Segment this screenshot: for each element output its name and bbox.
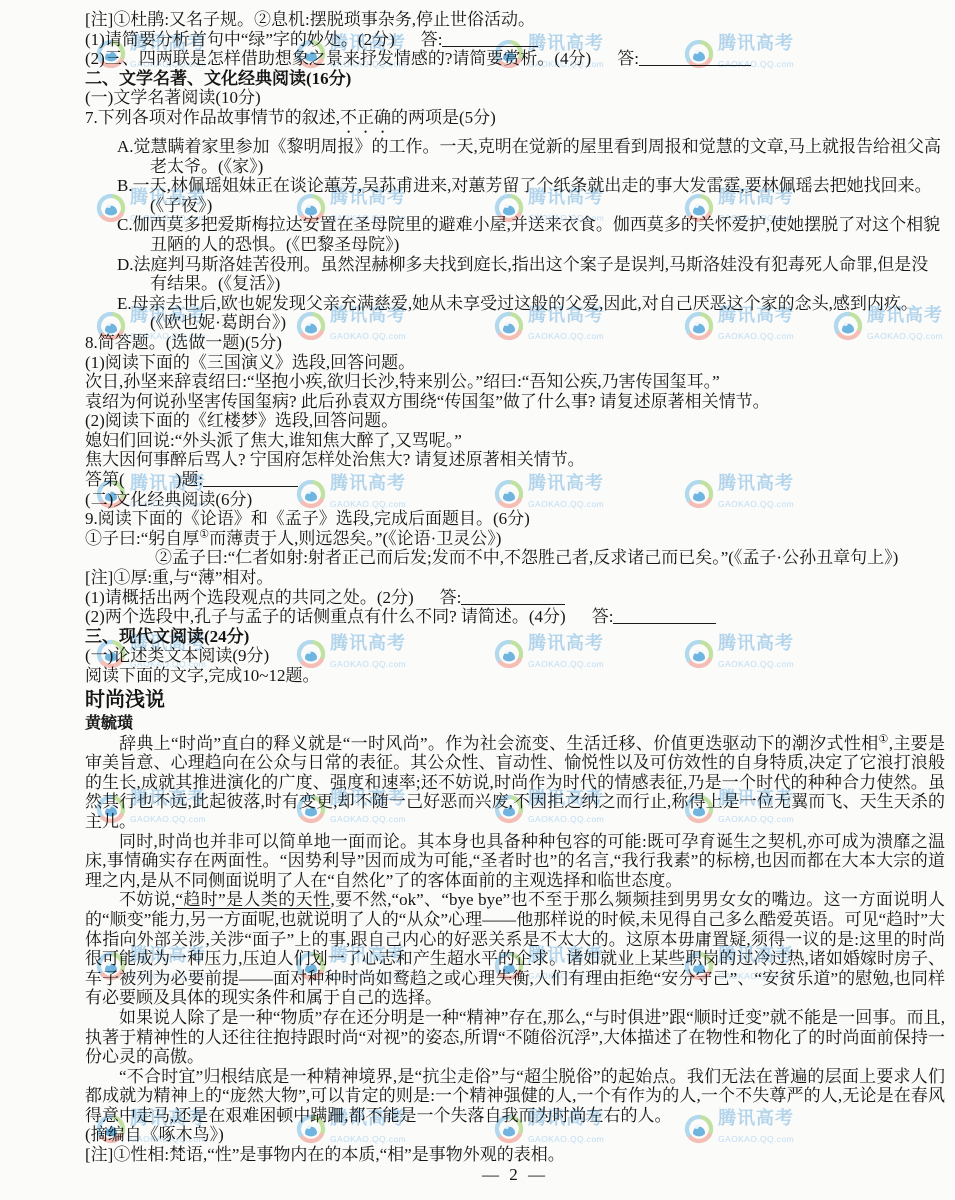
question-9-note: [注]①厚:重,与“薄”相对。 [85,568,945,588]
option-label: B. [117,176,133,195]
part-1-heading: (一)文学名著阅读(10分) [85,88,945,108]
option-text: 法庭判马斯洛娃苦役刑。虽然涅赫柳多夫找到庭长,指出这个案子是误判,马斯洛娃没有犯… [134,255,929,294]
question-8-quote-2: 媳妇们回说:“外头派了焦大,谁知焦大醉了,又骂呢。” [85,431,945,451]
question-8-quote-1-question: 袁绍为何说孙坚害传国玺病? 此后孙袁双方围绕“传国玺”做了什么事? 请复述原著相… [85,392,945,412]
answer-label: 答: [421,30,443,49]
section-3-heading: 三、现代文阅读(24分) [85,627,945,647]
option-text: 母亲去世后,欧也妮发现父亲充满慈爱,她从未享受过这般的父爱,因此,对自己厌恶这个… [132,294,918,333]
option-label: C. [117,215,133,234]
answer-label: 答: [617,49,639,68]
essay-paragraph-4: 如果说人除了是一种“物质”存在还分明是一种“精神”存在,那么,“与时俱进”跟“顺… [85,1008,945,1067]
essay-note: [注]①性相:梵语,“性”是事物内在的本质,“相”是事物外观的表相。 [85,1145,945,1165]
reading-intro: 阅读下面的文字,完成10~12题。 [85,666,945,686]
essay: 时尚浅说 黄毓璜 辞典上“时尚”直白的释义就是“一时风尚”。作为社会流变、生活迁… [85,686,945,1145]
poetry-q2-text: (2)三、四两联是怎样借助想象之景来抒发情感的?请简要赏析。(4分) [85,49,591,68]
footnote-marker: ① [879,733,889,745]
question-9-item-1: ①子曰:“躬自厚①而薄责于人,则远怨矣。”(《论语·卫灵公》) [85,529,945,549]
answer-blank [613,610,716,624]
part-2-heading: (二)文化经典阅读(6分) [85,490,945,510]
question-7-option-e: E.母亲去世后,欧也妮发现父亲充满慈爱,她从未享受过这般的父爱,因此,对自己厌恶… [85,294,945,333]
question-7-stem: 7.下列各项对作品故事情节的叙述,不正确的两项是(5分) [85,108,945,137]
answer-blank [203,473,298,487]
option-label: E. [117,294,132,313]
section-2-heading: 二、文学名著、文化经典阅读(16分) [85,69,945,89]
essay-title: 时尚浅说 [85,686,945,713]
question-8-sub-2: (2)阅读下面的《红楼梦》选段,回答问题。 [85,411,945,431]
emphasized-text: 不正确 [340,108,391,127]
page-number: — 2 — [85,1165,945,1185]
poetry-note: [注]①杜鹃:又名子规。②息机:摆脱琐事杂务,停止世俗活动。 [85,10,945,30]
part-3-heading: (一)论述类文本阅读(9分) [85,646,945,666]
question-9-sub-2: (2)两个选段中,孔子与孟子的话侧重点有什么不同? 请简述。(4分)答: [85,607,945,627]
answer-blank [639,52,751,66]
question-7-option-d: D.法庭判马斯洛娃苦役刑。虽然涅赫柳多夫找到庭长,指出这个案子是误判,马斯洛娃没… [85,255,945,294]
scanned-exam-page: 腾讯高考 GAOKAO.QQ.com 腾讯高考 GAOKAO.QQ.com [0,0,955,1200]
question-8-quote-1: 次日,孙坚来辞袁绍曰:“坚抱小疾,欲归长沙,特来别公。”绍曰:“吾知公疾,乃害传… [85,372,945,392]
essay-paragraph-5: “不合时宜”归根结底是一种精神境界,是“抗尘走俗”与“超尘脱俗”的起始点。我们无… [85,1067,945,1126]
option-text: 伽西莫多把爱斯梅拉达安置在圣母院里的避难小屋,并送来衣食。伽西莫多的关怀爱护,使… [133,215,941,254]
option-text: 觉慧瞒着家里参加《黎明周报》的工作。一天,克明在觉新的屋里看到周报和觉慧的文章,… [134,137,942,176]
poetry-question-1: (1)请简要分析首句中“绿”字的妙处。(2分)答: [85,30,945,50]
essay-author: 黄毓璜 [85,713,945,734]
question-9-item-2: ②孟子曰:“仁者如射:射者正己而后发;发而不中,不怨胜己者,反求诸己而已矣。”(… [85,548,945,568]
answer-blank [442,33,538,47]
question-7-option-a: A.觉慧瞒着家里参加《黎明周报》的工作。一天,克明在觉新的屋里看到周报和觉慧的文… [85,137,945,176]
question-9-stem: 9.阅读下面的《论语》和《孟子》选段,完成后面题目。(6分) [85,509,945,529]
answer-blank [461,591,565,605]
poetry-question-2: (2)三、四两联是怎样借助想象之景来抒发情感的?请简要赏析。(4分)答: [85,49,945,69]
footnote-marker: ① [199,528,209,540]
poetry-q1-text: (1)请简要分析首句中“绿”字的妙处。(2分) [85,30,395,49]
essay-paragraph-3: 不妨说,“趋时”是人类的天性,要不然,“ok”、“bye bye”也不至于那么频… [85,890,945,1008]
option-label: D. [117,255,134,274]
essay-paragraph-1: 辞典上“时尚”直白的释义就是“一时风尚”。作为社会流变、生活迁移、价值更迭驱动下… [85,734,945,832]
answer-label: 答: [440,588,462,607]
essay-paragraph-2: 同时,时尚也并非可以简单地一面而论。其本身也具备种种包容的可能:既可孕育诞生之契… [85,832,945,891]
essay-attribution: (摘编自《啄木鸟》) [85,1125,945,1145]
option-text: 一天,林佩瑶姐妹正在谈论蕙芳,吴荪甫进来,对蕙芳留了个纸条就出走的事大发雷霆,要… [133,176,932,215]
question-8-sub-1: (1)阅读下面的《三国演义》选段,回答问题。 [85,353,945,373]
answer-label: 答: [592,607,614,626]
question-8-answer-line: 答第( )题: [85,470,945,490]
question-8-stem: 8.简答题。(选做一题)(5分) [85,333,945,353]
question-8-quote-2-question: 焦大因何事醉后骂人? 宁国府怎样处治焦大? 请复述原著相关情节。 [85,450,945,470]
question-7-option-c: C.伽西莫多把爱斯梅拉达安置在圣母院里的避难小屋,并送来衣食。伽西莫多的关怀爱护… [85,215,945,254]
option-label: A. [117,137,134,156]
exam-content: [注]①杜鹃:又名子规。②息机:摆脱琐事杂务,停止世俗活动。 (1)请简要分析首… [0,0,955,1184]
question-7-option-b: B.一天,林佩瑶姐妹正在谈论蕙芳,吴荪甫进来,对蕙芳留了个纸条就出走的事大发雷霆… [85,176,945,215]
question-9-sub-1: (1)请概括出两个选段观点的共同之处。(2分)答: [85,588,945,608]
underlined-text: “趋时”是人类的天性 [175,890,330,909]
